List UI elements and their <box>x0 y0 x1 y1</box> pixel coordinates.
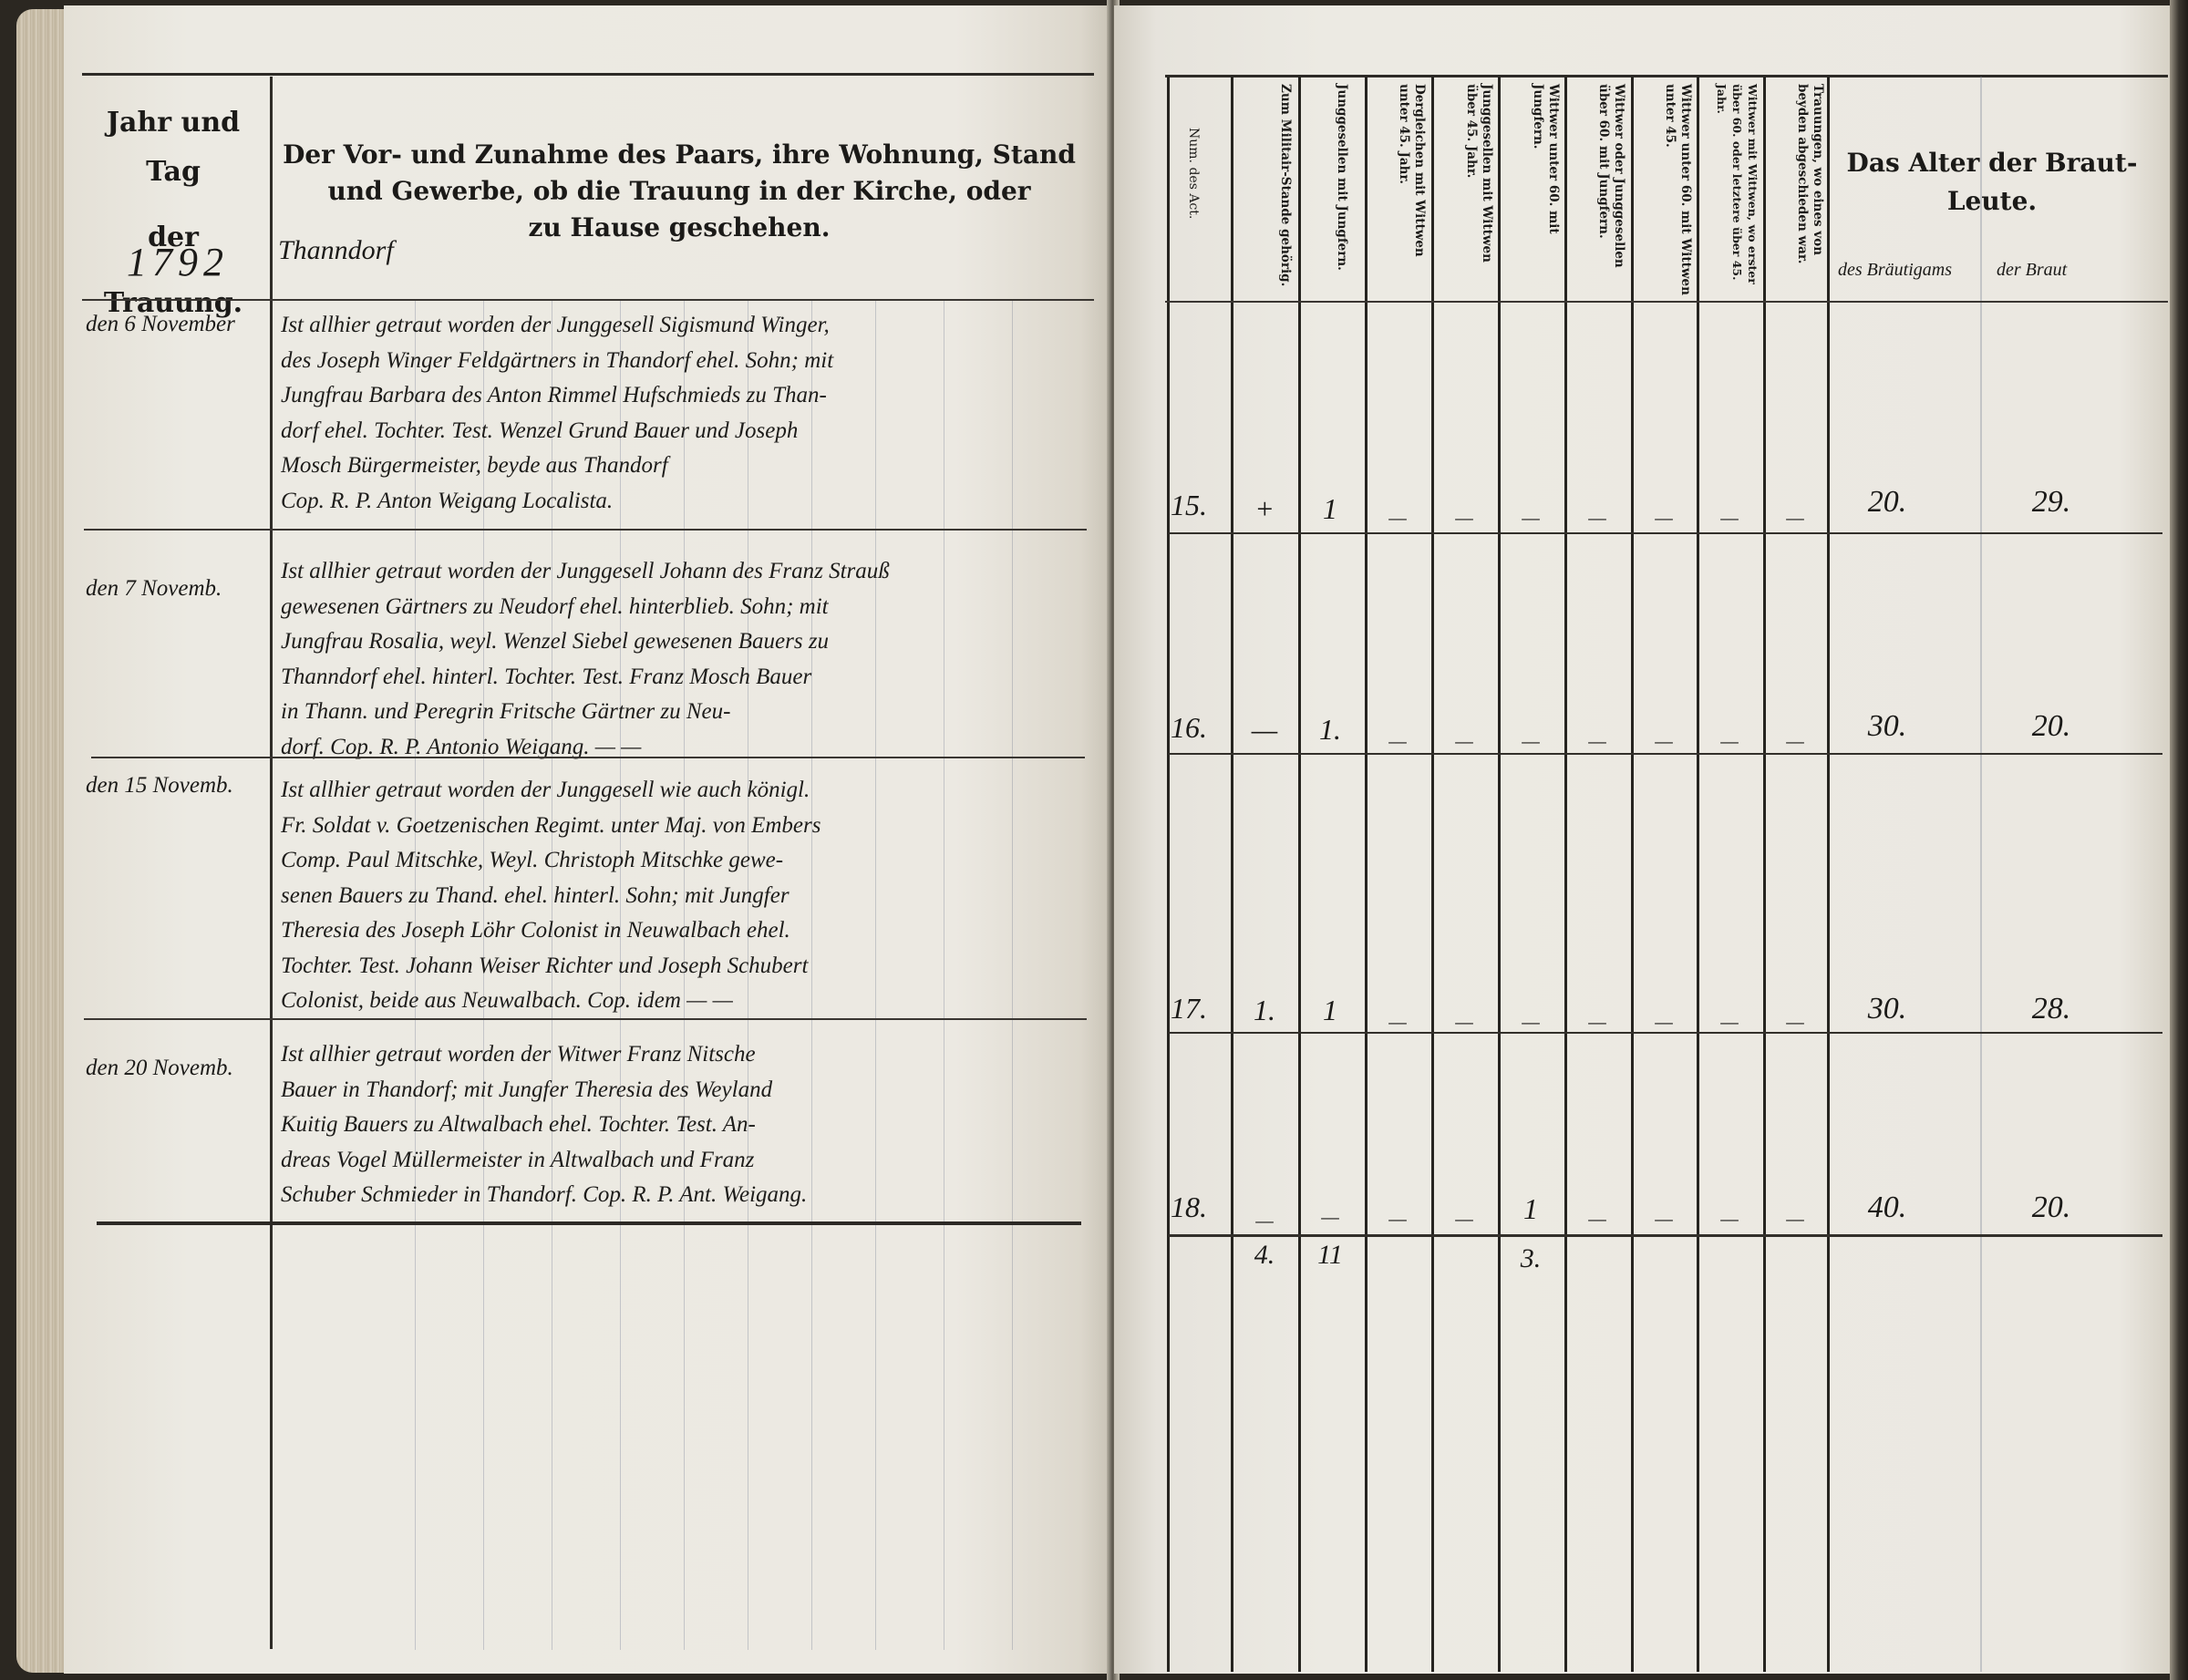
entry-line: Ist allhier getraut worden der Junggesel… <box>281 554 1083 590</box>
column-line <box>1431 77 1434 1672</box>
col-header-military: Zum Militair-Stande gehörig. <box>1236 84 1293 295</box>
col-header-bachelor-widow-under45: Dergleichen mit Wittwen unter 45. Jahr. <box>1370 84 1427 295</box>
entry-line: Thanndorf ehel. hinterl. Tochter. Test. … <box>281 660 1083 696</box>
header-line: und Gewerbe, ob die Trauung in der Kirch… <box>278 173 1080 210</box>
total-military: 4. <box>1233 1240 1296 1271</box>
row-separator <box>1169 1234 2162 1237</box>
main-column-header: Der Vor- und Zunahme des Paars, ihre Woh… <box>278 137 1080 246</box>
header-line: Das Alter der Braut- <box>1823 144 2161 182</box>
act-number: 16. <box>1171 711 1229 745</box>
date-column-header: Jahr und Tag der Trauung. <box>82 98 264 328</box>
cell-empty: — <box>1432 1207 1496 1231</box>
entry-line: Schuber Schmieder in Thandorf. Cop. R. P… <box>281 1178 1083 1213</box>
header-line: Jahr und Tag <box>82 98 264 197</box>
entry-line: in Thann. und Peregrin Fritsche Gärtner … <box>281 695 1083 730</box>
cell-empty: — <box>1632 1010 1696 1034</box>
cell-empty: — <box>1565 729 1629 753</box>
header-bottom-rule <box>82 299 1094 301</box>
cell-empty: — <box>1763 1207 1827 1231</box>
entry-line: Tochter. Test. Johann Weiser Richter und… <box>281 949 1083 984</box>
entry-text: Ist allhier getraut worden der Junggesel… <box>281 773 1083 1019</box>
entry-line: Fr. Soldat v. Goetzenischen Regimt. unte… <box>281 809 1083 844</box>
col-header-bachelor-widow-over45: Junggesellen mit Wittwen über 45. Jahr. <box>1438 84 1494 295</box>
entry-separator <box>91 757 1085 758</box>
cell-empty: — <box>1432 1010 1496 1034</box>
col-header-widower-widow: Wittwer unter 60. mit Wittwen unter 45. <box>1636 84 1693 295</box>
cell-empty: — <box>1366 1010 1429 1034</box>
act-number: 18. <box>1171 1190 1229 1224</box>
age-column-header: Das Alter der Braut- Leute. <box>1823 144 2161 221</box>
cell-bachelor-maiden: 1 <box>1298 492 1362 526</box>
entry-separator <box>97 1221 1081 1225</box>
cell-military: + <box>1233 492 1296 526</box>
entry-line: Ist allhier getraut worden der Junggesel… <box>281 308 1083 344</box>
entry-line: Cop. R. P. Anton Weigang Localista. <box>281 484 1083 520</box>
entry-line: Ist allhier getraut worden der Junggesel… <box>281 773 1083 809</box>
col-header-divorced: Trauungen, wo eines von beyden abgeschie… <box>1769 84 1825 295</box>
entry-text: Ist allhier getraut worden der Junggesel… <box>281 554 1083 765</box>
groom-age: 40. <box>1832 1190 1942 1225</box>
cell-military: 1. <box>1233 994 1296 1027</box>
column-line <box>1498 77 1501 1672</box>
cell-empty: — <box>1432 729 1496 753</box>
register-book-spread: Jahr und Tag der Trauung. 1792 Der Vor- … <box>0 0 2188 1680</box>
column-divider <box>270 77 273 1649</box>
col-header-over60-maiden: Wittwer oder Junggesellen über 60. mit J… <box>1570 84 1626 295</box>
cell-empty: — <box>1565 506 1629 530</box>
cell-bachelor-maiden: 1. <box>1298 713 1362 747</box>
entry-line: dorf ehel. Tochter. Test. Wenzel Grund B… <box>281 414 1083 449</box>
age-column-divider <box>1980 77 1982 1672</box>
bride-age-header: der Braut <box>1997 260 2067 281</box>
entry-date: den 6 November <box>86 312 268 337</box>
entry-line: Colonist, beide aus Neuwalbach. Cop. ide… <box>281 984 1083 1019</box>
cell-empty: — <box>1698 1010 1761 1034</box>
entry-line: dreas Vogel Müllermeister in Altwalbach … <box>281 1143 1083 1179</box>
act-number: 15. <box>1171 489 1229 522</box>
groom-age: 30. <box>1832 709 1942 744</box>
column-line <box>1231 77 1233 1672</box>
cell-empty: — <box>1499 729 1563 753</box>
groom-age-header: des Bräutigams <box>1838 260 1952 281</box>
column-line <box>1763 77 1766 1672</box>
total-widower-maiden: 3. <box>1499 1243 1563 1274</box>
entry-date: den 7 Novemb. <box>86 576 268 602</box>
column-line <box>1564 77 1567 1672</box>
entry-line: dorf. Cop. R. P. Antonio Weigang. — — <box>281 730 1083 766</box>
cell-bachelor-maiden: 1 <box>1298 994 1362 1027</box>
cell-empty: — <box>1366 506 1429 530</box>
cell-empty: — <box>1763 729 1827 753</box>
entry-line: Jungfrau Barbara des Anton Rimmel Hufsch… <box>281 378 1083 414</box>
entry-line: Comp. Paul Mitschke, Weyl. Christoph Mit… <box>281 843 1083 879</box>
cell-empty: — <box>1632 506 1696 530</box>
row-separator <box>1169 753 2162 755</box>
entry-line: gewesenen Gärtners zu Neudorf ehel. hint… <box>281 590 1083 625</box>
register-year: 1792 <box>91 239 264 285</box>
cell-empty: — <box>1632 729 1696 753</box>
cell-empty: — <box>1698 729 1761 753</box>
col-header-widower-widow-over: Wittwer mit Wittwen, wo erster über 60. … <box>1700 84 1760 295</box>
entry-line: des Joseph Winger Feldgärtners in Thando… <box>281 344 1083 379</box>
entry-line: Theresia des Joseph Löhr Colonist in Neu… <box>281 913 1083 949</box>
entry-separator <box>84 529 1087 531</box>
parish-place-name: Thanndorf <box>278 235 515 266</box>
entry-date: den 15 Novemb. <box>86 773 268 799</box>
header-top-rule <box>82 73 1094 76</box>
col-header-act-number: Num. des Act. <box>1185 128 1201 339</box>
cell-military: — <box>1233 713 1296 747</box>
total-bachelor-maiden: 11 <box>1298 1240 1362 1271</box>
cell-empty: — <box>1499 506 1563 530</box>
cell-widower-maiden: 1 <box>1499 1192 1563 1226</box>
col-header-bachelor-maiden: Junggesellen mit Jungfern. <box>1313 84 1349 295</box>
book-edge <box>2170 0 2188 1680</box>
entry-text: Ist allhier getraut worden der Witwer Fr… <box>281 1037 1083 1213</box>
cell-empty: — <box>1565 1207 1629 1231</box>
cell-empty: — <box>1366 1207 1429 1231</box>
entry-line: Mosch Bürgermeister, beyde aus Thandorf <box>281 448 1083 484</box>
bride-age: 29. <box>1997 485 2106 520</box>
column-line <box>1827 77 1830 1672</box>
groom-age: 30. <box>1832 992 1942 1026</box>
cell-empty: — <box>1432 506 1496 530</box>
row-separator <box>1169 1032 2162 1034</box>
entry-line: Ist allhier getraut worden der Witwer Fr… <box>281 1037 1083 1073</box>
act-number: 17. <box>1171 992 1229 1026</box>
entry-line: senen Bauers zu Thand. ehel. hinterl. So… <box>281 879 1083 914</box>
entry-date: den 20 Novemb. <box>86 1056 268 1081</box>
cell-empty: — <box>1499 1010 1563 1034</box>
cell-military: — <box>1233 1209 1296 1232</box>
cell-empty: — <box>1366 729 1429 753</box>
bride-age: 20. <box>1997 709 2106 744</box>
cell-empty: — <box>1565 1010 1629 1034</box>
entry-separator <box>84 1018 1087 1020</box>
entry-line: Kuitig Bauers zu Altwalbach ehel. Tochte… <box>281 1108 1083 1143</box>
groom-age: 20. <box>1832 485 1942 520</box>
header-top-rule <box>1165 75 2168 77</box>
header-line: Leute. <box>1823 182 2161 221</box>
entry-text: Ist allhier getraut worden der Junggesel… <box>281 308 1083 519</box>
column-line <box>1631 77 1634 1672</box>
column-line <box>1298 77 1301 1672</box>
entry-line: Bauer in Thandorf; mit Jungfer Theresia … <box>281 1073 1083 1108</box>
header-line: Der Vor- und Zunahme des Paars, ihre Woh… <box>278 137 1080 173</box>
cell-empty: — <box>1763 1010 1827 1034</box>
bride-age: 28. <box>1997 992 2106 1026</box>
column-line <box>1697 77 1699 1672</box>
cell-empty: — <box>1763 506 1827 530</box>
column-line <box>1167 77 1170 1672</box>
cell-empty: — <box>1632 1207 1696 1231</box>
col-header-widower-under60-maiden: Wittwer unter 60. mit Jungfern. <box>1504 84 1561 295</box>
entry-line: Jungfrau Rosalia, weyl. Wenzel Siebel ge… <box>281 624 1083 660</box>
column-line <box>1365 77 1367 1672</box>
header-bottom-rule <box>1165 301 2168 303</box>
row-separator <box>1169 532 2162 534</box>
bride-age: 20. <box>1997 1190 2106 1225</box>
cell-bachelor-maiden: — <box>1298 1205 1362 1229</box>
cell-empty: — <box>1698 1207 1761 1231</box>
cell-empty: — <box>1698 506 1761 530</box>
